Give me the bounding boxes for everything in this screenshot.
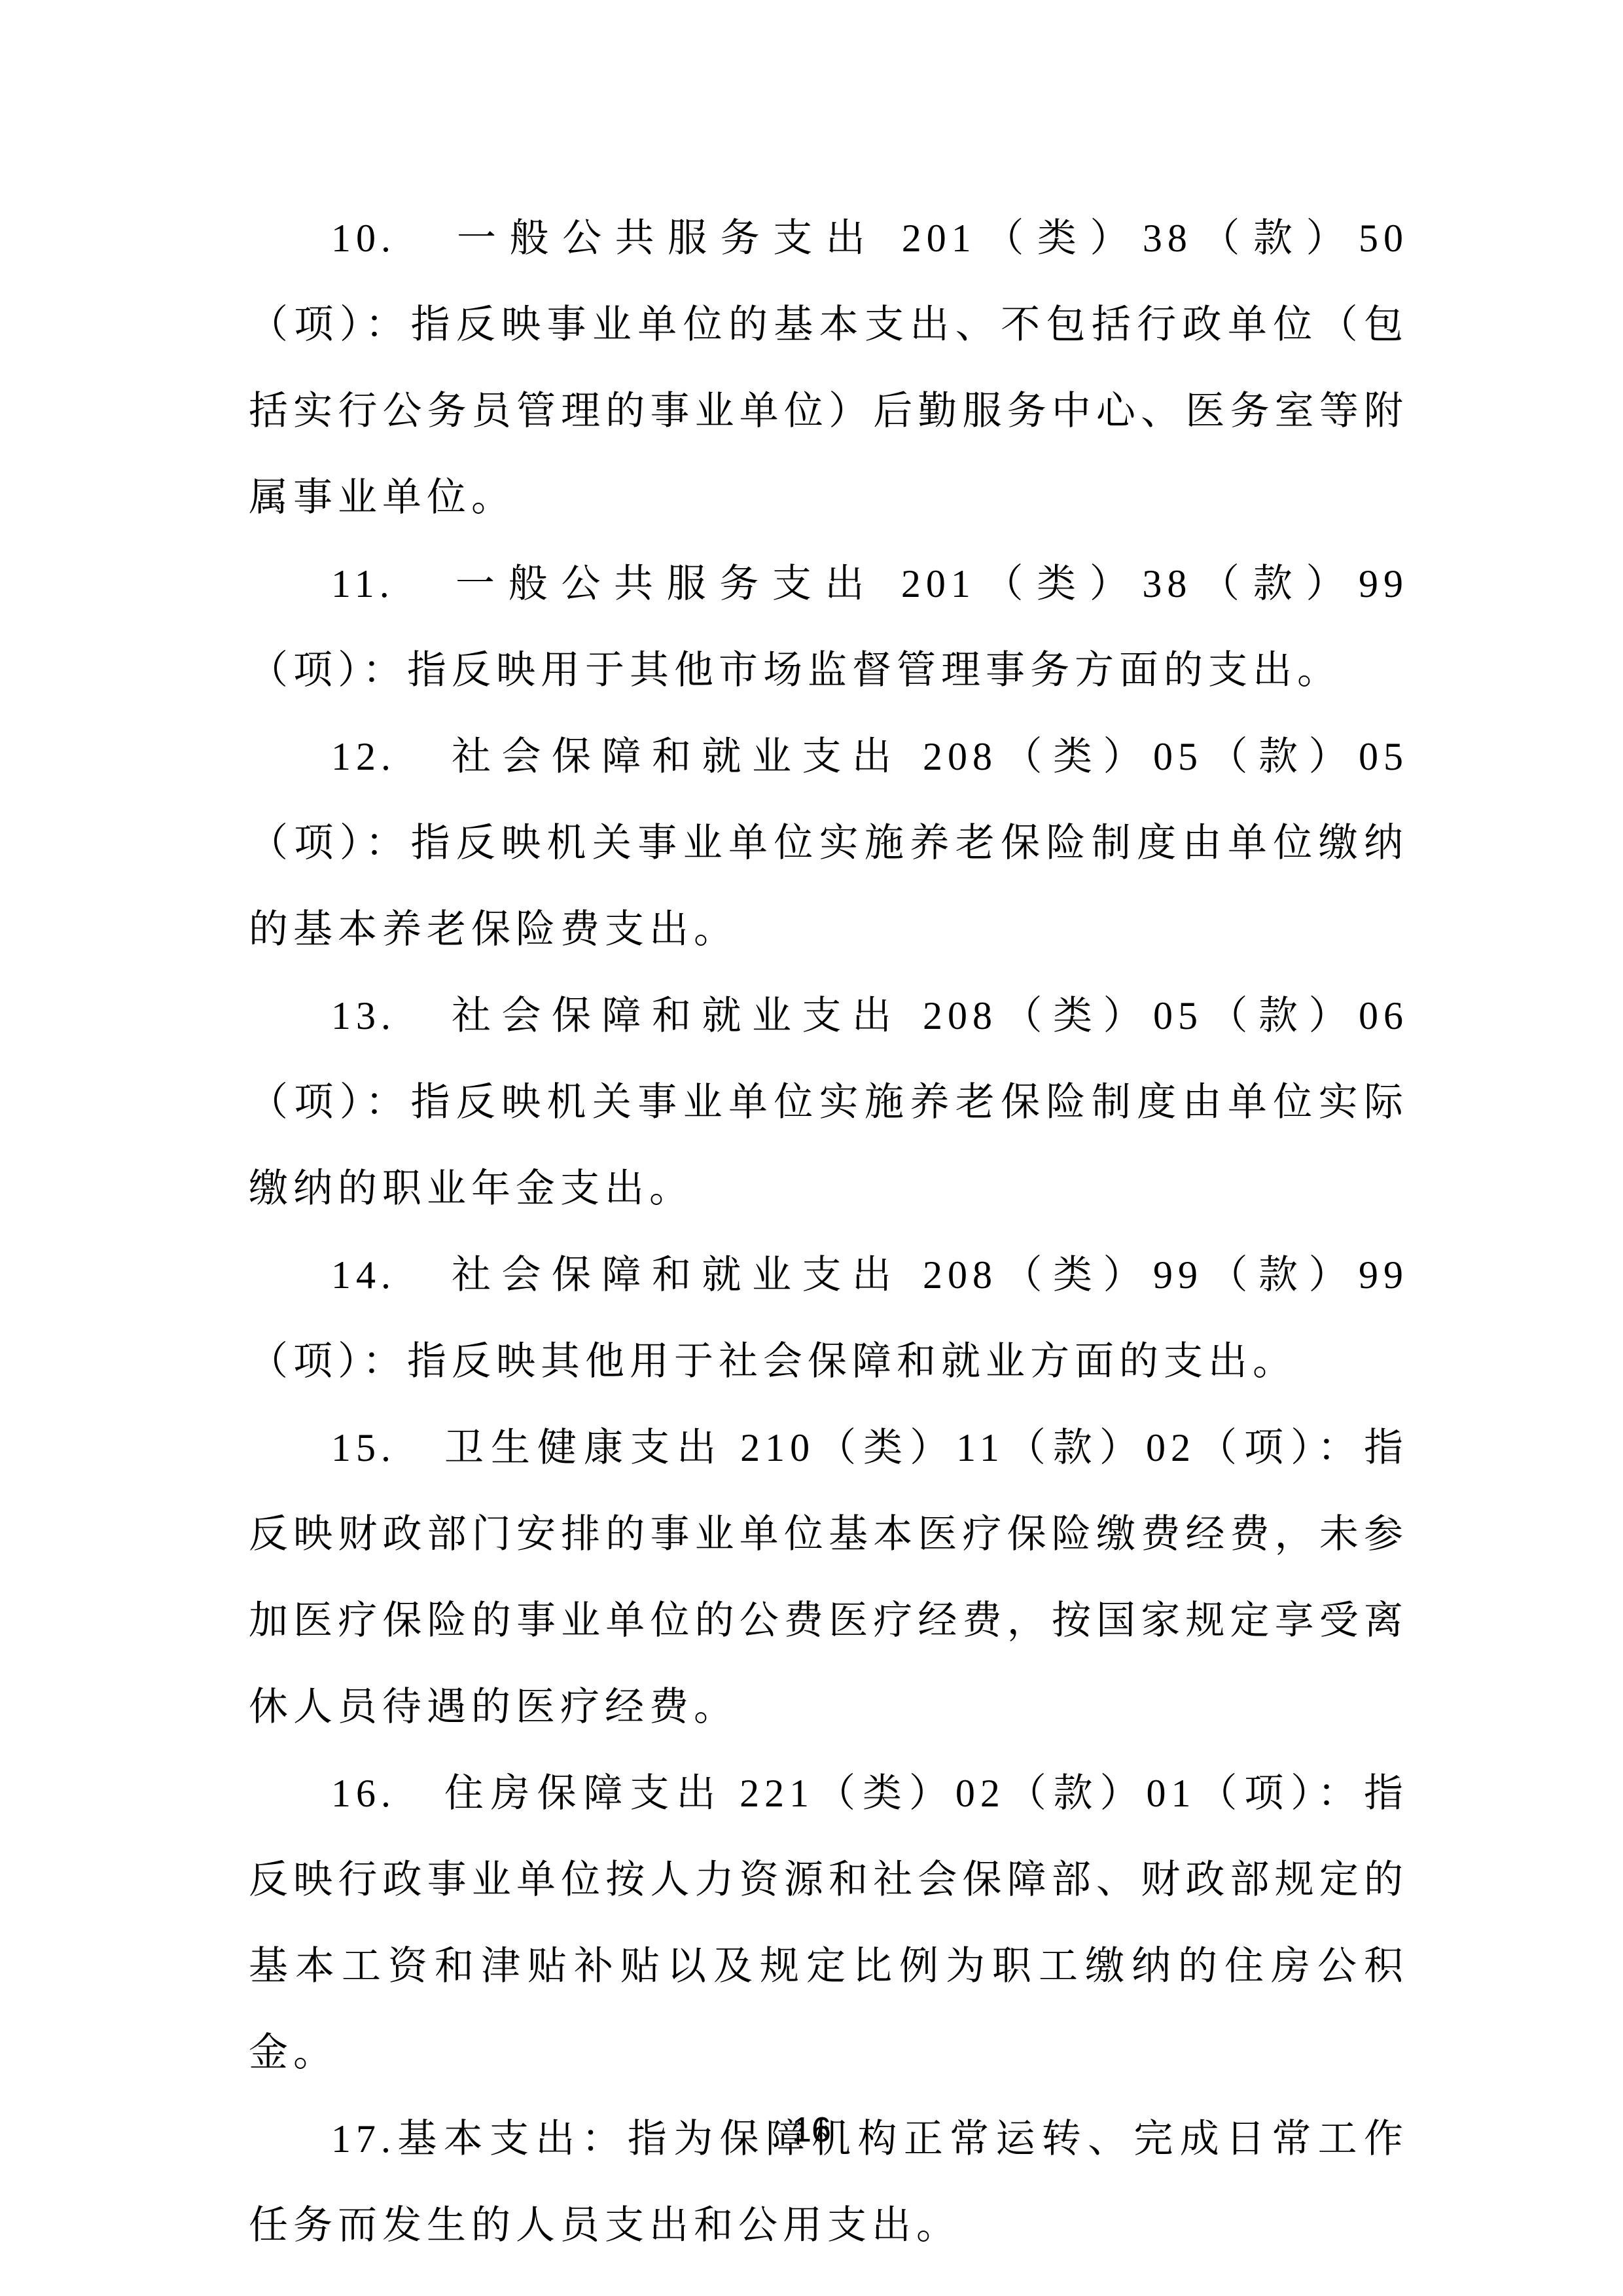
paragraph-item-13: 13. 社会保障和就业支出 208（类）05（款）06（项）：指反映机关事业单位… bbox=[249, 973, 1408, 1232]
document-page: 10. 一般公共服务支出 201（类）38（款）50（项）：指反映事业单位的基本… bbox=[0, 0, 1623, 2296]
page-number: 16 bbox=[792, 2110, 831, 2149]
paragraph-item-10: 10. 一般公共服务支出 201（类）38（款）50（项）：指反映事业单位的基本… bbox=[249, 195, 1408, 541]
document-body: 10. 一般公共服务支出 201（类）38（款）50（项）：指反映事业单位的基本… bbox=[249, 195, 1408, 2269]
page-footer: 16 bbox=[0, 2110, 1623, 2149]
paragraph-item-11: 11. 一般公共服务支出 201（类）38（款）99（项）：指反映用于其他市场监… bbox=[249, 541, 1408, 713]
paragraph-item-12: 12. 社会保障和就业支出 208（类）05（款）05（项）：指反映机关事业单位… bbox=[249, 713, 1408, 973]
paragraph-item-14: 14. 社会保障和就业支出 208（类）99（款）99（项）：指反映其他用于社会… bbox=[249, 1232, 1408, 1405]
paragraph-item-15: 15. 卫生健康支出 210（类）11（款）02（项）：指反映财政部门安排的事业… bbox=[249, 1405, 1408, 1750]
paragraph-item-16: 16. 住房保障支出 221（类）02（款）01（项）：指反映行政事业单位按人力… bbox=[249, 1750, 1408, 2096]
